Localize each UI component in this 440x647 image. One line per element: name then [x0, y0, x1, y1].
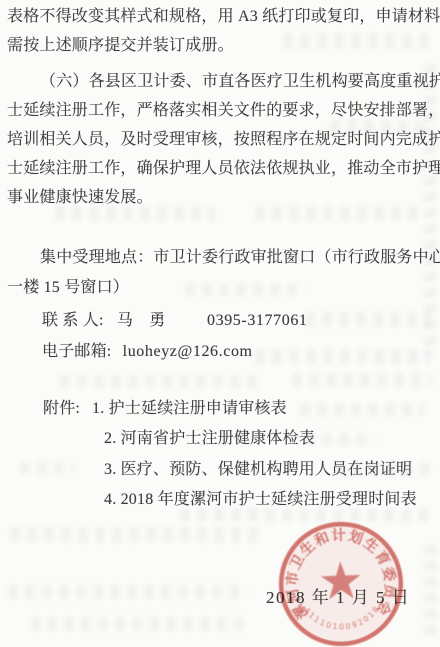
svg-text:漯河市卫生和计划生育委员会: 漯河市卫生和计划生育委员会	[280, 525, 401, 623]
attachment-item: 1. 护士延续注册申请审核表	[92, 399, 287, 419]
bleedthrough-smudge	[255, 349, 430, 364]
contact-name: 马 勇	[117, 312, 166, 329]
official-seal-stamp: 漯河市卫生和计划生育委员会 4111010092018	[274, 517, 408, 647]
bleedthrough-smudge	[180, 508, 430, 522]
body-line: 需按上述顺序提交并装订成册。	[7, 36, 234, 56]
body-line: 士延续注册工作，确保护理人员依法依规执业，推动全市护理	[7, 159, 440, 179]
bleedthrough-smudge	[30, 617, 250, 631]
bleedthrough-smudge	[305, 312, 430, 327]
attachment-item: 4. 2018 年度漯河市护士延续注册受理时间表	[104, 490, 417, 510]
bleedthrough-smudge	[20, 462, 75, 474]
email-row: 电子邮箱: luoheyz@126.com	[42, 342, 253, 362]
bleedthrough-smudge	[255, 206, 420, 221]
attachment-item: 2. 河南省护士注册健康体检表	[104, 429, 315, 449]
bleedthrough-smudge	[424, 545, 437, 635]
reception-location-line: 集中受理地点：市卫计委行政审批窗口（市行政服务中心	[40, 248, 440, 268]
attachments-label: 附件:	[43, 399, 80, 419]
contact-phone: 0395-3177061	[207, 311, 308, 331]
contact-label: 联 系 人:	[42, 312, 104, 329]
body-line: 事业健康快速发展。	[7, 188, 153, 208]
seal-graphic: 漯河市卫生和计划生育委员会 4111010092018	[274, 517, 408, 647]
bleedthrough-smudge	[305, 433, 375, 446]
scanned-document-page: 表格不得改变其样式和规格，用 A3 纸打印或复印，申请材料 需按上述顺序提交并装…	[0, 0, 440, 647]
reception-location-line: 一楼 15 号窗口）	[7, 278, 129, 298]
seal-org-text: 漯河市卫生和计划生育委员会	[280, 525, 401, 623]
bleedthrough-smudge	[300, 403, 425, 416]
bleedthrough-smudge	[10, 527, 260, 542]
body-line: （六）各县区卫计委、市直各医疗卫生机构要高度重视护	[40, 72, 440, 92]
body-line: 培训相关人员，及时受理审核，按照程序在规定时间内完成护	[7, 130, 440, 150]
bleedthrough-smudge	[60, 375, 260, 388]
bleedthrough-smudge	[185, 283, 305, 296]
bleedthrough-smudge	[292, 373, 432, 387]
email-label: 电子邮箱:	[42, 343, 111, 360]
body-line: 士延续注册工作，严格落实相关文件的要求，尽快安排部署，	[7, 101, 440, 121]
bleedthrough-smudge	[283, 33, 431, 49]
body-line: 表格不得改变其样式和规格，用 A3 纸打印或复印，申请材料	[7, 7, 440, 27]
issue-date: 2018 年 1 月 5 日	[266, 583, 410, 608]
bleedthrough-smudge	[55, 206, 215, 221]
email-address: luoheyz@126.com	[123, 343, 253, 360]
bleedthrough-smudge	[8, 585, 248, 599]
contact-person-row: 联 系 人: 马 勇	[42, 311, 165, 331]
attachment-item: 3. 医疗、预防、保健机构聘用人员在岗证明	[104, 460, 412, 480]
